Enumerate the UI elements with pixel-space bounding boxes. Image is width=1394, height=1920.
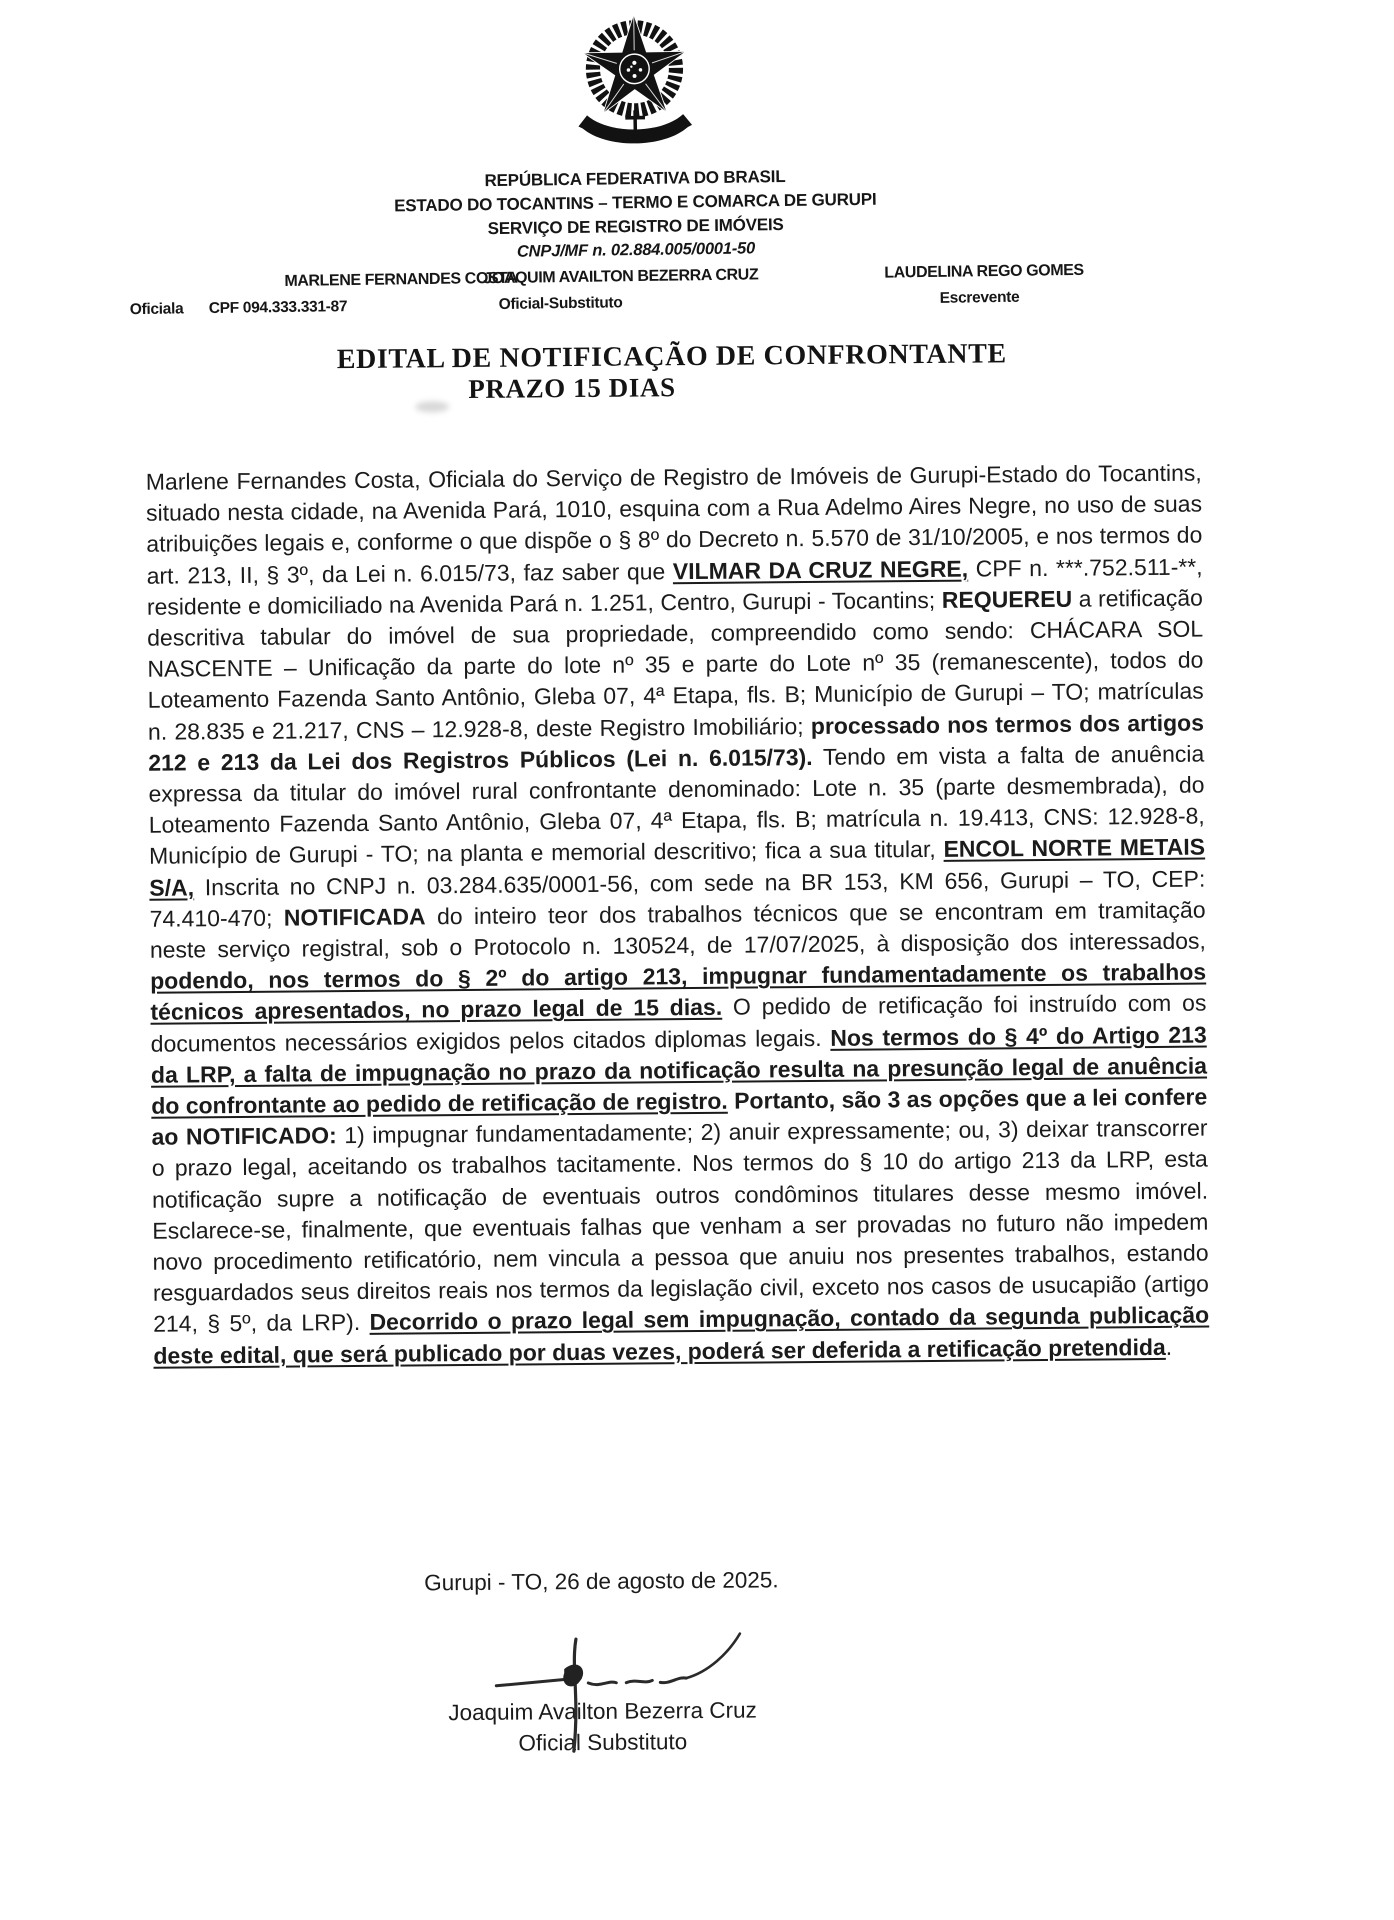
document-page: REPÚBLICA FEDERATIVA DO BRASIL ESTADO DO… xyxy=(0,0,1394,1920)
signatory-name: Joaquim Availton Bezerra Cruz xyxy=(156,1695,1048,1729)
document-content: EDITAL DE NOTIFICAÇÃO DE CONFRONTANTE PR… xyxy=(0,0,1394,1920)
date-line: Gurupi - TO, 26 de agosto de 2025. xyxy=(155,1565,1047,1599)
signatory-role: Oficial Substituto xyxy=(157,1726,1049,1760)
edital-body-paragraph: Marlene Fernandes Costa, Oficiala do Ser… xyxy=(146,458,1210,1372)
edital-subtitle: PRAZO 15 DIAS xyxy=(145,369,999,407)
